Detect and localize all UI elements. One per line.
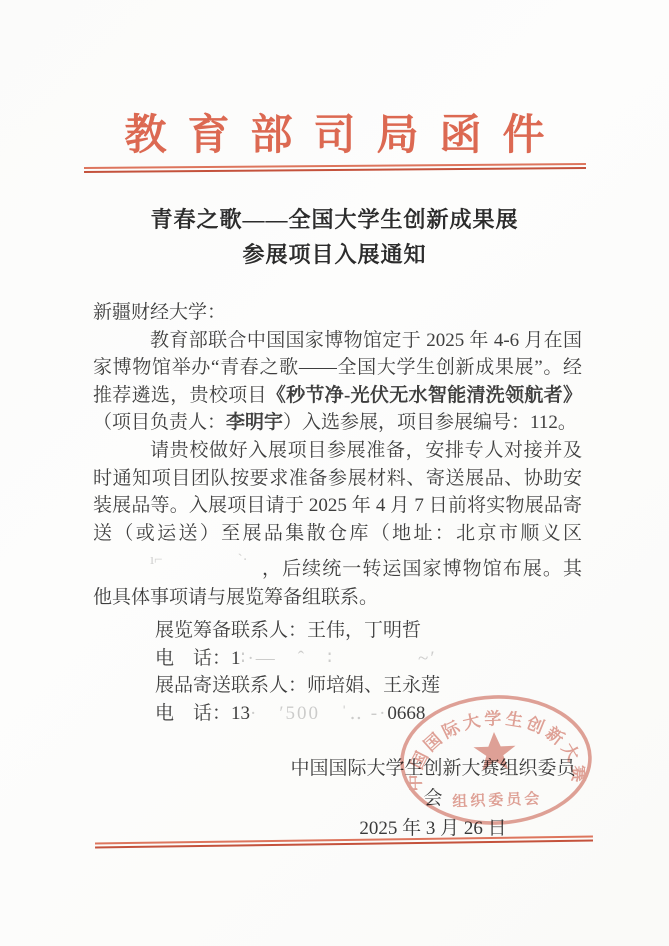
document-title: 青春之歌——全国大学生创新成果展 参展项目入展通知 [0,202,669,272]
contact-block: 展览筹备联系人：王伟，丁明哲 电 话：1∶·— ˆ ∶ ~ʹ 展品寄送联系人：师… [155,617,575,727]
redacted-address: ı⌐ ˋ· ˏ ·ˈ [93,547,261,575]
recipient-line: 新疆财经大学： [93,299,582,327]
p2-lead: 请贵校做好入展项目参展准备，安排专人对接并及时通知项目团队按要求准备参展材料、寄… [93,440,582,544]
title-line-1: 青春之歌——全国大学生创新成果展 [0,202,669,237]
issuing-organization: 中国国际大学生创新大赛组织委员会 [283,754,583,814]
signature-block: 中国国际大学生创新大赛组织委员会 2025 年 3 月 26 日 [283,754,583,844]
title-line-2: 参展项目入展通知 [0,237,669,272]
letterhead-rule [84,163,586,173]
shipping-phone-visible-end: 0668 [387,703,425,724]
exhibition-contact-label: 展览筹备联系人： [155,620,307,641]
shipping-contact-label: 展品寄送联系人： [155,675,307,696]
exhibition-contact-row: 展览筹备联系人：王伟，丁明哲 [155,617,575,645]
shipping-phone-label: 电 话： [155,703,231,724]
paragraph-2: 请贵校做好入展项目参展准备，安排专人对接并及时通知项目团队按要求准备参展材料、寄… [93,437,582,611]
shipping-phone-redacted: · ʹ500 ˈ‥ ‐· [250,703,387,724]
letterhead-title: 教育部司局函件 [0,102,669,162]
shipping-phone-row: 电 话：13· ʹ500 ˈ‥ ‐·0668 [155,700,575,728]
document-body: 新疆财经大学： 教育部联合中国国家博物馆定于 2025 年 4-6 月在国家博物… [93,299,582,611]
project-leader-name: 李明宇 [226,412,283,433]
shipping-phone-visible-start: 13 [231,703,250,724]
shipping-contact-names: 师培娟、王永莲 [307,675,440,696]
project-title: 《秒节净-光伏无水智能清洗领航者》 [267,385,582,406]
exhibition-phone-row: 电 话：1∶·— ˆ ∶ ~ʹ [155,645,575,673]
p1-mid: （项目负责人： [93,412,226,433]
exhibition-phone-redacted: ∶·— ˆ ∶ ~ʹ [241,648,437,669]
p1-tail: ）入选参展，项目参展编号：112。 [283,412,577,433]
exhibition-contact-names: 王伟，丁明哲 [307,620,421,641]
paragraph-1: 教育部联合中国国家博物馆定于 2025 年 4-6 月在国家博物馆举办“青春之歌… [93,327,582,437]
exhibition-phone-label: 电 话： [155,648,231,669]
document-page: 教育部司局函件 青春之歌——全国大学生创新成果展 参展项目入展通知 新疆财经大学… [0,0,669,946]
exhibition-phone-visible: 1 [231,648,241,669]
shipping-contact-row: 展品寄送联系人：师培娟、王永莲 [155,672,575,700]
